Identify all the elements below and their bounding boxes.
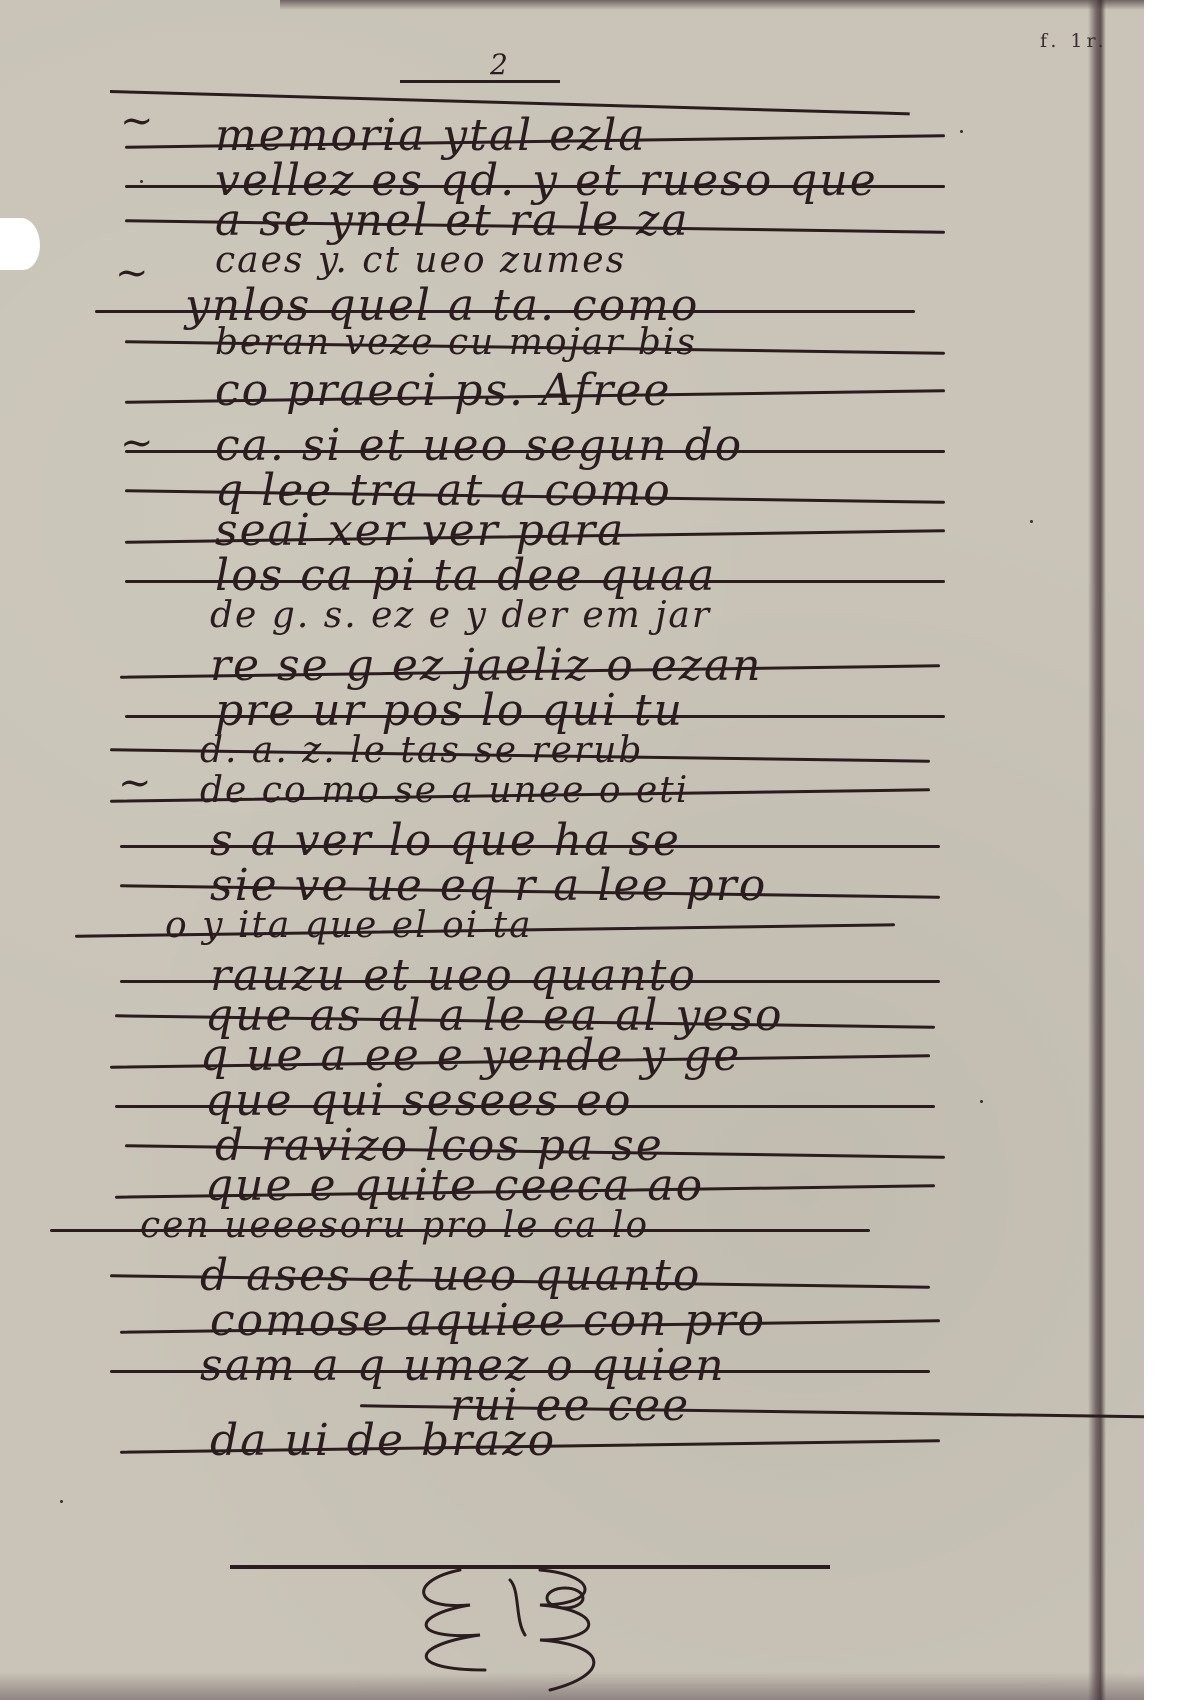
- strike-through-line: [125, 185, 945, 188]
- manuscript-line: re se g ez jaeliz o ezan: [210, 640, 763, 691]
- strike-through-line: [95, 310, 915, 313]
- margin-tilde-mark: ~: [115, 250, 149, 296]
- manuscript-line: s a ver lo que ha se: [210, 815, 681, 866]
- strike-through-line: [50, 1229, 870, 1232]
- manuscript-line: da ui de brazo: [210, 1415, 556, 1466]
- ink-speck: [1030, 520, 1033, 523]
- manuscript-line: caes y. ct ueo zumes: [215, 240, 626, 281]
- manuscript-line: los ca pi ta dee quaa: [215, 550, 716, 601]
- manuscript-line: que e quite ceeca ao: [205, 1160, 704, 1211]
- strike-through-line: [125, 450, 945, 453]
- margin-tilde-mark: ~: [120, 420, 154, 466]
- strike-through-line: [110, 1370, 930, 1373]
- ink-speck: [140, 180, 143, 183]
- manuscript-line: comose aquiee con pro: [210, 1295, 766, 1346]
- ink-speck: [60, 1500, 63, 1503]
- manuscript-line: seai xer ver para: [215, 505, 625, 556]
- manuscript-line: q ue a ee e yende y ge: [200, 1030, 741, 1081]
- scan-background: [1144, 0, 1194, 1700]
- manuscript-line: pre ur pos lo qui tu: [215, 685, 684, 736]
- margin-tilde-mark: ~: [118, 760, 152, 806]
- manuscript-line: co praeci ps. Afree: [215, 365, 671, 416]
- manuscript-page: f. 1r. 2 memoria ytal ezlavellez es qd. …: [0, 0, 1150, 1700]
- strike-through-line: [120, 980, 940, 983]
- manuscript-line: cen ueeesoru pro le ca lo: [140, 1205, 649, 1246]
- ink-speck: [960, 130, 963, 133]
- manuscript-line: o y ita que el oi ta: [165, 905, 533, 946]
- ink-speck: [980, 1100, 983, 1103]
- manuscript-line: memoria ytal ezla: [215, 110, 647, 161]
- margin-tilde-mark: ~: [120, 98, 154, 144]
- manuscript-line: que qui sesees eo: [205, 1075, 632, 1126]
- manuscript-line: de g. s. ez e y der em jar: [210, 595, 711, 636]
- rubric-signature: [390, 1560, 620, 1695]
- manuscript-line: d ases et ueo quanto: [200, 1250, 701, 1301]
- rubric-flourish-icon: [390, 1560, 620, 1695]
- manuscript-line: a se ynel et ra le za: [215, 195, 690, 246]
- manuscript-line: ca. si et ueo segun do: [215, 420, 743, 471]
- manuscript-line: sie ve ue eq r a lee pro: [210, 860, 767, 911]
- manuscript-text-lines: memoria ytal ezlavellez es qd. y et rues…: [0, 0, 1150, 1700]
- strike-through-line: [120, 845, 940, 848]
- strike-through-line: [125, 580, 945, 583]
- strike-through-line: [125, 715, 945, 718]
- manuscript-line: de co mo se a unee o eti: [200, 770, 689, 811]
- strike-through-line: [115, 1105, 935, 1108]
